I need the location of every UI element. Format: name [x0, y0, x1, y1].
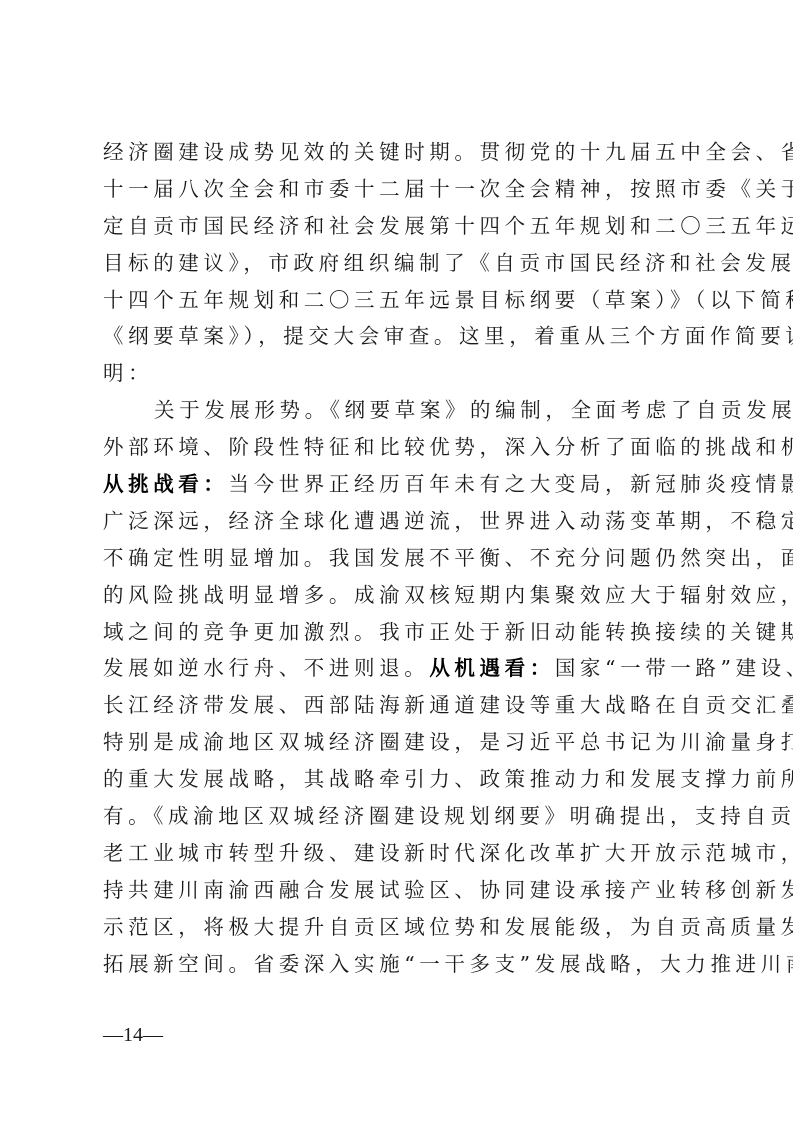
- text-line: 特别是成渝地区双城经济圈建设，是习近平总书记为川渝量身打造: [103, 724, 693, 761]
- text-run: 国家“一带一路”建设、: [555, 656, 793, 680]
- text-line: 经济圈建设成势见效的关键时期。贯彻党的十九届五中全会、省委: [103, 134, 693, 171]
- text-line: 拓展新空间。省委深入实施“一干多支”发展战略，大力推进川南: [103, 946, 693, 983]
- text-line: 示范区，将极大提升自贡区域位势和发展能级，为自贡高质量发展: [103, 909, 693, 946]
- text-line: 的风险挑战明显增多。成渝双核短期内集聚效应大于辐射效应，区: [103, 577, 693, 614]
- text-run: 发展如逆水行舟、不进则退。: [103, 656, 429, 680]
- opportunity-heading: 从机遇看：: [429, 656, 555, 680]
- document-page: 经济圈建设成势见效的关键时期。贯彻党的十九届五中全会、省委 十一届八次全会和市委…: [0, 0, 793, 1122]
- text-line: 目标的建议》，市政府组织编制了《自贡市国民经济和社会发展第: [103, 245, 693, 282]
- text-line: 外部环境、阶段性特征和比较优势，深入分析了面临的挑战和机遇。: [103, 429, 693, 466]
- text-line: 定自贡市国民经济和社会发展第十四个五年规划和二〇三五年远景: [103, 208, 693, 245]
- page-number: —14—: [103, 1024, 163, 1047]
- text-line: 广泛深远，经济全球化遭遇逆流，世界进入动荡变革期，不稳定性: [103, 503, 693, 540]
- text-line: 域之间的竞争更加激烈。我市正处于新旧动能转换接续的关键期，: [103, 614, 693, 651]
- text-line: 《纲要草案》），提交大会审查。这里，着重从三个方面作简要说: [103, 318, 693, 355]
- text-line: 持共建川南渝西融合发展试验区、协同建设承接产业转移创新发展: [103, 872, 693, 909]
- challenge-heading: 从挑战看：: [103, 472, 229, 496]
- text-line: 明：: [103, 355, 693, 392]
- text-line: 的重大发展战略，其战略牵引力、政策推动力和发展支撑力前所未: [103, 761, 693, 798]
- text-line: 十四个五年规划和二〇三五年远景目标纲要（草案）》（以下简称: [103, 282, 693, 319]
- text-line: 老工业城市转型升级、建设新时代深化改革扩大开放示范城市，支: [103, 835, 693, 872]
- text-line: 有。《成渝地区双城经济圈建设规划纲要》明确提出，支持自贡等: [103, 798, 693, 835]
- text-line: 十一届八次全会和市委十二届十一次全会精神，按照市委《关于制: [103, 171, 693, 208]
- paragraph-start-line: 关于发展形势。《纲要草案》的编制，全面考虑了自贡发展的: [103, 392, 693, 429]
- text-run: 当今世界正经历百年未有之大变局，新冠肺炎疫情影响: [229, 472, 793, 496]
- body-text: 经济圈建设成势见效的关键时期。贯彻党的十九届五中全会、省委 十一届八次全会和市委…: [103, 134, 693, 982]
- text-line: 长江经济带发展、西部陆海新通道建设等重大战略在自贡交汇叠加，: [103, 687, 693, 724]
- text-line: 不确定性明显增加。我国发展不平衡、不充分问题仍然突出，面临: [103, 540, 693, 577]
- text-line: 从挑战看：当今世界正经历百年未有之大变局，新冠肺炎疫情影响: [103, 466, 693, 503]
- text-line: 发展如逆水行舟、不进则退。从机遇看：国家“一带一路”建设、: [103, 650, 693, 687]
